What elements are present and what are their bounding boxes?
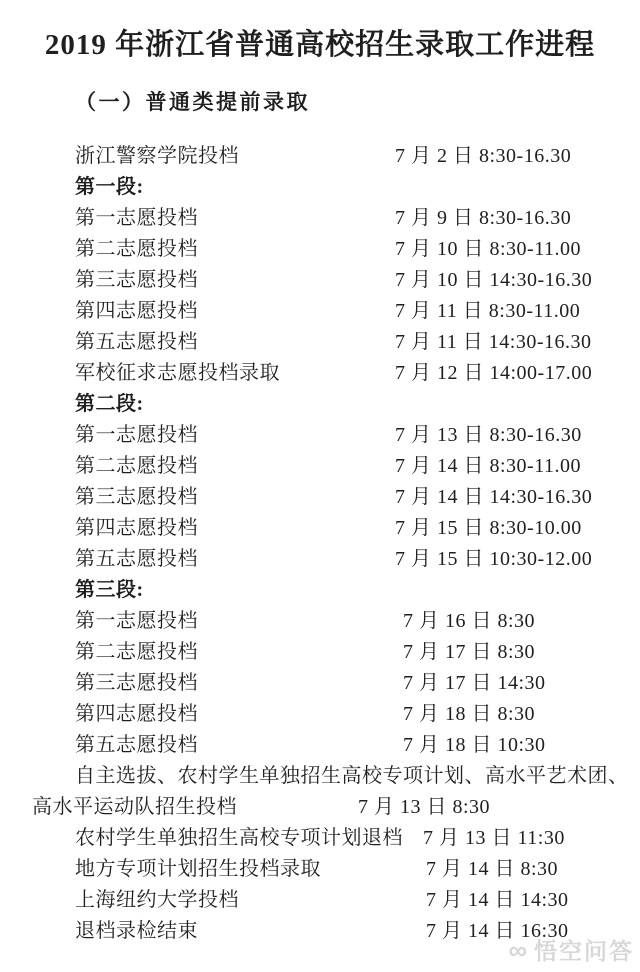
row-label: 自主选拔、农村学生单独招生高校专项计划、高水平艺术团、 [75,761,629,792]
schedule-row: 第一志愿投档 7 月 13 日 8:30-16.30 [0,420,640,451]
row-label: 退档录检结束 [75,916,198,947]
row-time: 7 月 10 日 14:30-16.30 [395,265,592,296]
row-label: 农村学生单独招生高校专项计划退档 [75,823,403,854]
row-label: 第五志愿投档 [75,544,198,575]
schedule-row: 第四志愿投档 7 月 15 日 8:30-10.00 [0,513,640,544]
row-time: 7 月 14 日 8:30 [426,854,558,885]
row-time: 7 月 10 日 8:30-11.00 [395,234,581,265]
schedule-row: 第三志愿投档 7 月 17 日 14:30 [0,668,640,699]
row-label: 第三志愿投档 [75,265,198,296]
row-time: 7 月 18 日 10:30 [403,730,546,761]
row-label: 上海纽约大学投档 [75,885,239,916]
row-label: 浙江警察学院投档 [75,141,239,172]
segment-header-label: 第三段: [75,575,144,606]
row-label: 第四志愿投档 [75,296,198,327]
schedule-row: 第五志愿投档 7 月 11 日 14:30-16.30 [0,327,640,358]
schedule-row: 农村学生单独招生高校专项计划退档 7 月 13 日 11:30 [0,823,640,854]
schedule-row: 第二志愿投档 7 月 17 日 8:30 [0,637,640,668]
row-label: 第五志愿投档 [75,327,198,358]
segment-header-label: 第一段: [75,172,144,203]
row-label: 第二志愿投档 [75,451,198,482]
row-label: 军校征求志愿投档录取 [75,358,280,389]
row-label: 第一志愿投档 [75,606,198,637]
schedule-row: 第四志愿投档 7 月 18 日 8:30 [0,699,640,730]
schedule-row: 第三志愿投档 7 月 14 日 14:30-16.30 [0,482,640,513]
row-time: 7 月 15 日 10:30-12.00 [395,544,592,575]
schedule-row: 第二志愿投档 7 月 14 日 8:30-11.00 [0,451,640,482]
row-label: 第四志愿投档 [75,699,198,730]
row-label: 地方专项计划招生投档录取 [75,854,321,885]
segment-header: 第二段: [0,389,640,420]
row-time: 7 月 11 日 8:30-11.00 [395,296,580,327]
row-time: 7 月 16 日 8:30 [403,606,535,637]
row-time: 7 月 17 日 8:30 [403,637,535,668]
row-label: 第三志愿投档 [75,482,198,513]
row-label: 高水平运动队招生投档 [32,792,237,823]
schedule-list: 浙江警察学院投档 7 月 2 日 8:30-16.30 第一段: 第一志愿投档 … [0,141,640,947]
row-time: 7 月 12 日 14:00-17.00 [395,358,592,389]
schedule-row: 第一志愿投档 7 月 16 日 8:30 [0,606,640,637]
row-time: 7 月 17 日 14:30 [403,668,546,699]
schedule-row-wrapped-line1: 自主选拔、农村学生单独招生高校专项计划、高水平艺术团、 [0,761,640,792]
row-label: 第一志愿投档 [75,203,198,234]
schedule-row: 第二志愿投档 7 月 10 日 8:30-11.00 [0,234,640,265]
schedule-row-wrapped-line2: 高水平运动队招生投档 7 月 13 日 8:30 [0,792,640,823]
row-time: 7 月 11 日 14:30-16.30 [395,327,591,358]
row-time: 7 月 13 日 8:30-16.30 [395,420,582,451]
schedule-row: 军校征求志愿投档录取 7 月 12 日 14:00-17.00 [0,358,640,389]
row-time: 7 月 2 日 8:30-16.30 [395,141,571,172]
row-time: 7 月 9 日 8:30-16.30 [395,203,571,234]
schedule-row: 第一志愿投档 7 月 9 日 8:30-16.30 [0,203,640,234]
row-time: 7 月 14 日 8:30-11.00 [395,451,581,482]
page-title: 2019 年浙江省普通高校招生录取工作进程 [0,0,640,65]
wukong-logo-icon: ∞ [508,937,529,963]
row-label: 第二志愿投档 [75,637,198,668]
row-time: 7 月 14 日 14:30-16.30 [395,482,592,513]
row-label: 第四志愿投档 [75,513,198,544]
schedule-row: 第五志愿投档 7 月 18 日 10:30 [0,730,640,761]
row-label: 第一志愿投档 [75,420,198,451]
row-time: 7 月 15 日 8:30-10.00 [395,513,582,544]
schedule-row: 上海纽约大学投档 7 月 14 日 14:30 [0,885,640,916]
schedule-row: 浙江警察学院投档 7 月 2 日 8:30-16.30 [0,141,640,172]
segment-header: 第三段: [0,575,640,606]
row-time: 7 月 14 日 14:30 [426,885,569,916]
row-time: 7 月 13 日 11:30 [423,823,565,854]
segment-header-label: 第二段: [75,389,144,420]
watermark-label: 悟空问答 [534,933,634,966]
segment-header: 第一段: [0,172,640,203]
row-label: 第三志愿投档 [75,668,198,699]
row-label: 第二志愿投档 [75,234,198,265]
schedule-row: 地方专项计划招生投档录取 7 月 14 日 8:30 [0,854,640,885]
schedule-row: 第五志愿投档 7 月 15 日 10:30-12.00 [0,544,640,575]
schedule-row: 第三志愿投档 7 月 10 日 14:30-16.30 [0,265,640,296]
row-label: 第五志愿投档 [75,730,198,761]
schedule-row: 第四志愿投档 7 月 11 日 8:30-11.00 [0,296,640,327]
watermark: ∞ 悟空问答 [508,933,634,966]
section-heading: （一）普通类提前录取 [75,91,640,113]
row-time: 7 月 13 日 8:30 [358,792,490,823]
row-time: 7 月 18 日 8:30 [403,699,535,730]
